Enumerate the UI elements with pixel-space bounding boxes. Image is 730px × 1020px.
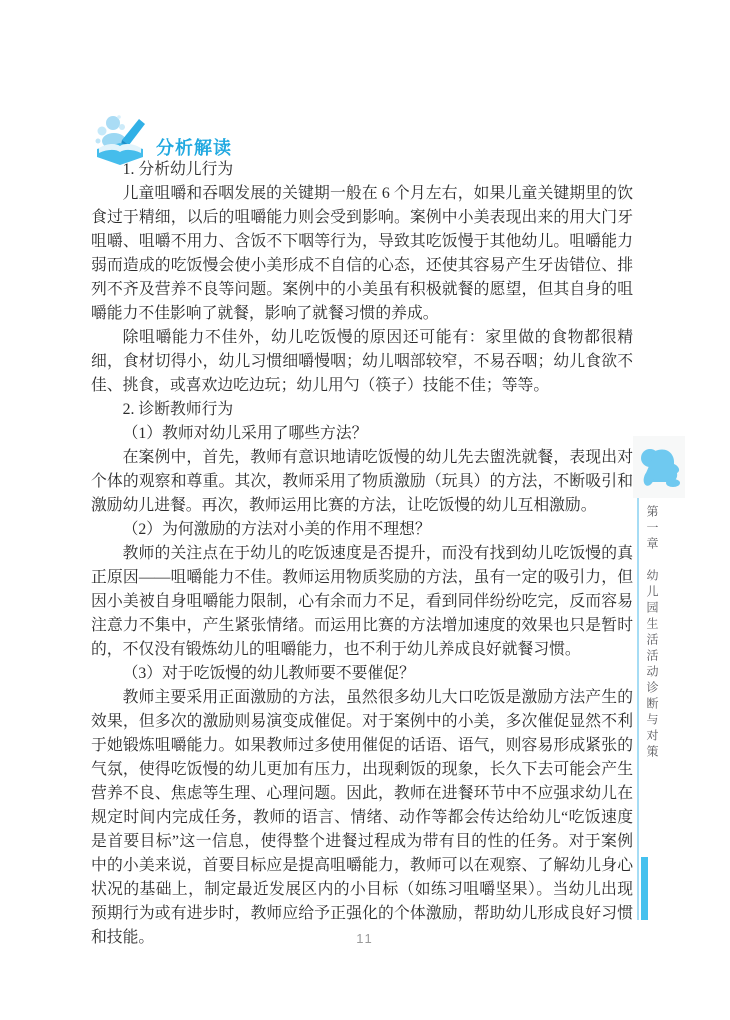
subheading-diagnose-teacher: 2. 诊断教师行为 bbox=[91, 398, 633, 422]
section-title: 分析解读 bbox=[156, 134, 232, 160]
question-1: （1）教师对幼儿采用了哪些方法？ bbox=[91, 422, 633, 446]
sidebar-accent-bar bbox=[641, 857, 648, 920]
body-text: 1. 分析幼儿行为 儿童咀嚼和吞咽发展的关键期一般在 6 个月左右，如果儿童关键… bbox=[91, 158, 633, 950]
paragraph: 教师的关注点在于幼儿的吃饭速度是否提升，而没有找到幼儿吃饭慢的真正原因——咀嚼能… bbox=[91, 542, 633, 662]
paragraph: 除咀嚼能力不佳外，幼儿吃饭慢的原因还可能有：家里做的食物都很精细，食材切得小，幼… bbox=[91, 326, 633, 398]
sidebar-divider-line bbox=[637, 498, 639, 920]
chapter-title: 幼儿园生活活动诊断与对策 bbox=[644, 569, 661, 761]
question-3: （3）对于吃饭慢的幼儿教师要不要催促？ bbox=[91, 662, 633, 686]
page-number: 11 bbox=[0, 931, 730, 946]
chapter-sidebar-text: 第一章 幼儿园生活活动诊断与对策 bbox=[644, 505, 661, 835]
crawling-baby-icon bbox=[633, 436, 685, 498]
subheading-analyze-child: 1. 分析幼儿行为 bbox=[91, 158, 633, 182]
chapter-number: 第一章 bbox=[644, 505, 661, 553]
book-page: 分析解读 1. 分析幼儿行为 儿童咀嚼和吞咽发展的关键期一般在 6 个月左右，如… bbox=[0, 0, 730, 1020]
question-2: （2）为何激励的方法对小美的作用不理想？ bbox=[91, 518, 633, 542]
paragraph: 儿童咀嚼和吞咽发展的关键期一般在 6 个月左右，如果儿童关键期里的饮食过于精细，… bbox=[91, 182, 633, 326]
paragraph: 教师主要采用正面激励的方法，虽然很多幼儿大口吃饭是激励方法产生的效果，但多次的激… bbox=[91, 686, 633, 950]
paragraph: 在案例中，首先，教师有意识地请吃饭慢的幼儿先去盥洗就餐，表现出对个体的观察和尊重… bbox=[91, 446, 633, 518]
